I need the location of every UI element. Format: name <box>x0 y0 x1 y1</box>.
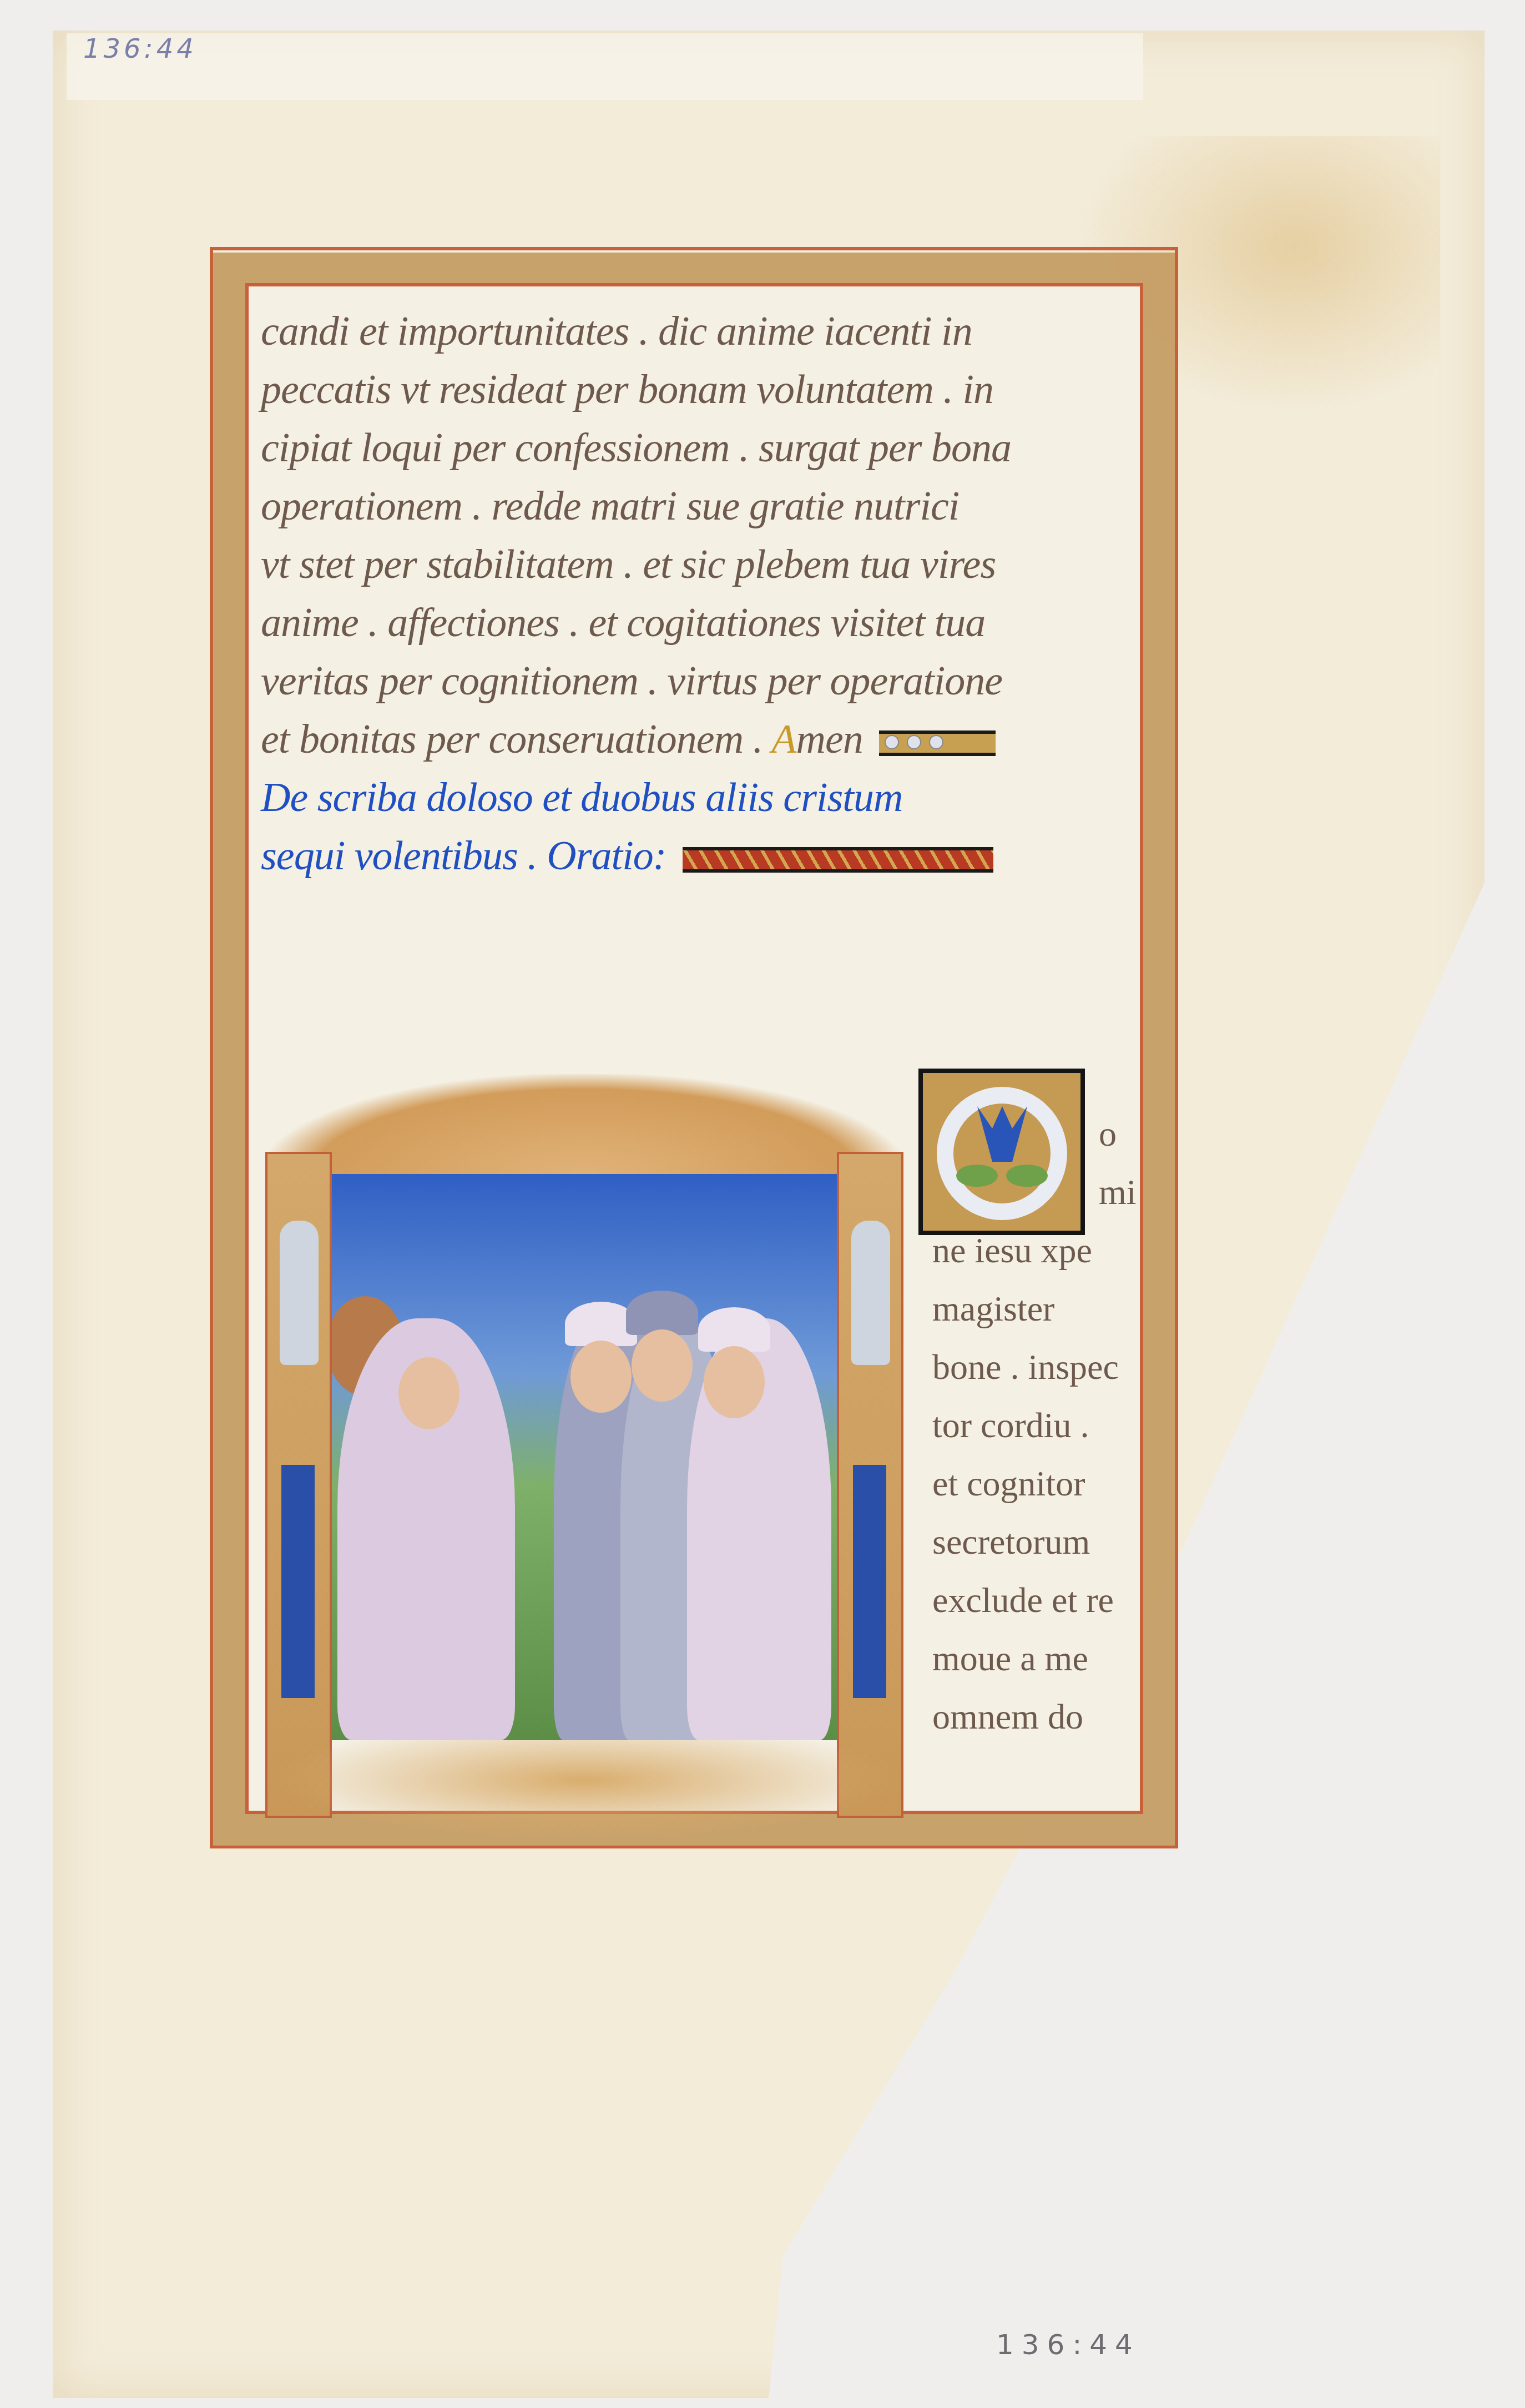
pillar-right <box>837 1152 903 1818</box>
text-line-amen: et bonitas per conseruationem . Amen <box>261 711 1138 769</box>
text-line: anime . affectiones . et cogitationes vi… <box>261 594 1138 652</box>
statue-icon <box>851 1221 890 1365</box>
text-line: et bonitas per conseruationem . <box>261 717 762 762</box>
text-line: vt stet per stabilitatem . et sic plebem… <box>261 536 1138 594</box>
scribe-head <box>632 1329 693 1402</box>
amen-initial: A <box>771 717 796 762</box>
text-line: veritas per cognitionem . virtus per ope… <box>261 652 1138 711</box>
scribe-hat <box>698 1307 770 1352</box>
rubric-text: sequi volentibus . Oratio: <box>261 833 666 879</box>
side-line: moue a me <box>932 1629 1154 1687</box>
pillar-panel <box>281 1465 315 1698</box>
text-line: candi et importunitates . dic anime iace… <box>261 303 1138 361</box>
side-line: et cognitor <box>932 1454 1154 1513</box>
grotesque-base <box>265 1740 903 1840</box>
side-line: mi <box>932 1163 1154 1221</box>
line-filler-red <box>683 847 993 873</box>
rubric-line-2: sequi volentibus . Oratio: <box>261 827 1138 885</box>
side-line: magister <box>932 1279 1154 1338</box>
pillar-panel <box>853 1465 886 1698</box>
statue-icon <box>280 1221 319 1365</box>
shelfmark-top: 136:44 <box>83 33 197 64</box>
amen-rest: men <box>796 717 863 762</box>
shelfmark-bottom: 136:44 <box>996 2329 1140 2361</box>
side-line: bone . inspec <box>932 1338 1154 1396</box>
side-column-text: o mi ne iesu xpe magister bone . inspec … <box>932 1105 1154 1746</box>
side-line: exclude et re <box>932 1571 1154 1629</box>
side-line: tor cordiu . <box>932 1396 1154 1454</box>
side-line: ne iesu xpe <box>932 1221 1154 1279</box>
landscape-scene <box>332 1174 837 1740</box>
scribe-hat <box>626 1291 698 1335</box>
miniature-painting <box>265 1074 903 1840</box>
side-line: omnem do <box>932 1687 1154 1746</box>
scribe-head <box>570 1341 632 1413</box>
scribe-head <box>704 1346 765 1418</box>
text-line: cipiat loqui per confessionem . surgat p… <box>261 419 1138 477</box>
pillar-left <box>265 1152 332 1818</box>
main-text: candi et importunitates . dic anime iace… <box>261 303 1138 885</box>
rubric-line: De scriba doloso et duobus aliis cristum <box>261 769 1138 827</box>
pearl-icon <box>907 735 921 749</box>
text-line: peccatis vt resideat per bonam voluntate… <box>261 361 1138 419</box>
side-line: o <box>932 1105 1154 1163</box>
text-line: operationem . redde matri sue gratie nut… <box>261 477 1138 536</box>
line-filler-dots <box>879 731 996 756</box>
pearl-icon <box>929 735 943 749</box>
christ-head <box>398 1357 459 1429</box>
hinge-tape <box>67 33 1143 100</box>
pearl-icon <box>885 735 899 749</box>
side-line: secretorum <box>932 1513 1154 1571</box>
